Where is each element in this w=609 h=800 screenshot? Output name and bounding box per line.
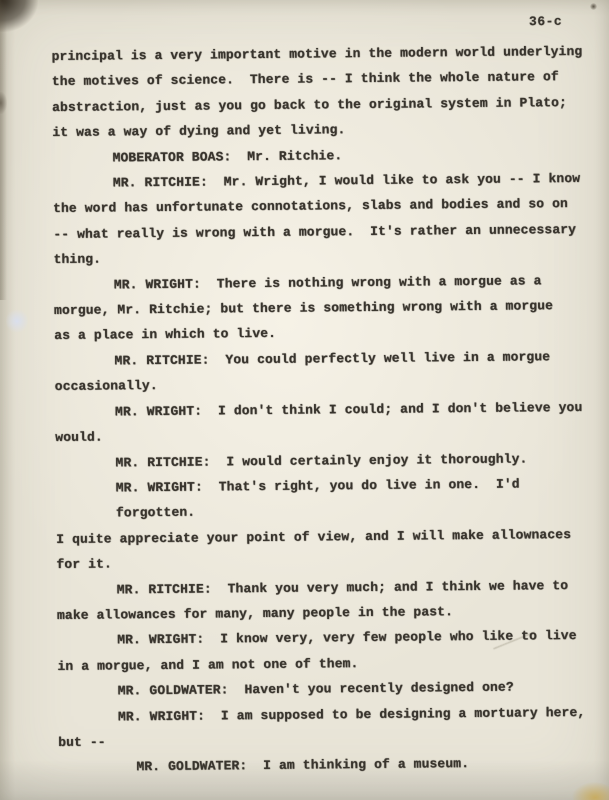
transcript-line: MR. WRIGHT: I am supposed to be designin…: [58, 699, 596, 730]
transcript-line: MR. WRIGHT: I don't think I could; and I…: [55, 395, 593, 426]
page-number: 36-c: [529, 14, 562, 29]
transcript: principal is a very important motive in …: [51, 39, 596, 781]
transcript-line: MR. WRIGHT: That's right, you do live in…: [56, 471, 594, 527]
transcript-line: MR. RITCHIE: Thank you very much; and I …: [57, 572, 595, 603]
blue-blemish: [6, 308, 28, 334]
corner-stain-top-left: [0, 0, 38, 32]
transcript-line: MR. GOLDWATER: I am thinking of a museum…: [58, 750, 596, 781]
bottom-right-tan-stain: [572, 782, 609, 800]
transcript-line: I quite appreciate your point of view, a…: [56, 522, 594, 553]
top-right-speck: [590, 3, 597, 10]
left-edge-shadow: [0, 0, 7, 300]
transcript-line: MR. WRIGHT: I know very, very few people…: [57, 623, 595, 654]
scanned-page: 36-c principal is a very important motiv…: [0, 0, 609, 800]
left-edge-speck: [0, 92, 7, 114]
